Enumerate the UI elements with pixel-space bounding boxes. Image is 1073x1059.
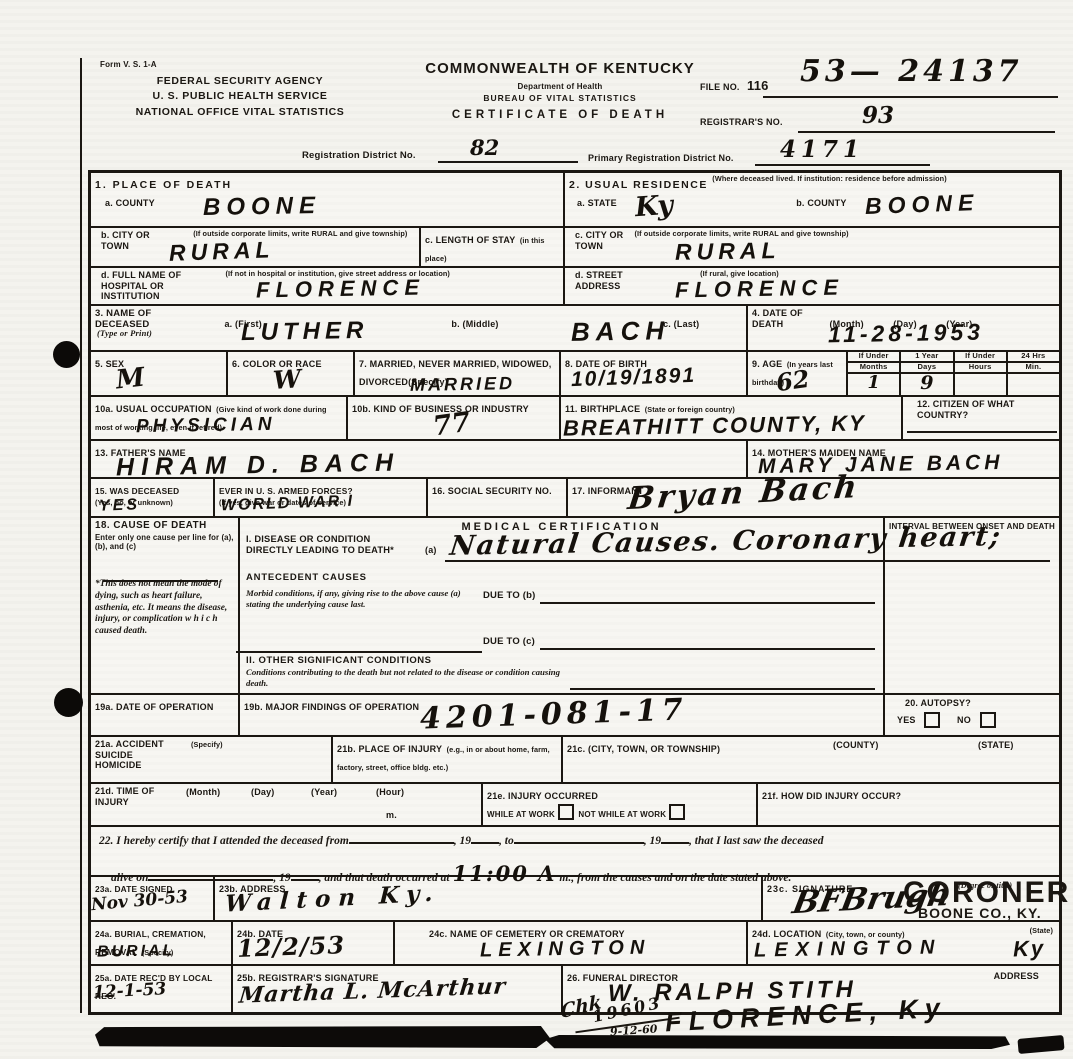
operation-date-label: 19a. DATE OF OPERATION (95, 702, 214, 712)
field-burial-date: 24b. DATE 12/2/53 (233, 922, 395, 964)
while-at-work-label: WHILE AT WORK (487, 810, 555, 819)
cause-note1: Enter only one cause per line for (a), (… (95, 534, 234, 552)
registrar-no-line (798, 131, 1055, 133)
injury-month-label: (Month) (186, 787, 220, 798)
primary-district-value: 4171 (780, 136, 864, 163)
citizen-label: 12. CITIZEN OF WHAT COUNTRY? (917, 399, 1027, 420)
residence-street-label: d. STREET ADDRESS (575, 270, 635, 291)
field-death-city: b. CITY OR TOWN (If outside corporate li… (91, 228, 421, 266)
certify-p3: , to (499, 835, 514, 847)
form-number: Form V. S. 1-A (100, 60, 157, 69)
cause-divider (103, 580, 218, 582)
burial-location-state-note: (State) (1030, 927, 1053, 935)
field-birthplace: 11. BIRTHPLACE (State or foreign country… (561, 397, 903, 439)
section-place-of-death: 1. PLACE OF DEATH a. COUNTY BOONE b. CIT… (91, 173, 565, 304)
occupation-value: PHYSICIAN (136, 414, 276, 438)
birthplace-value: BREATHITT COUNTY, KY (563, 410, 866, 441)
field-was-deceased: 15. WAS DECEASED (Yes, no, or unknown) Y… (91, 479, 215, 516)
field-residence-street: d. STREET ADDRESS (If rural, give locati… (565, 268, 1059, 304)
institution-value: FLORENCE (256, 275, 425, 304)
row-place-residence: 1. PLACE OF DEATH a. COUNTY BOONE b. CIT… (91, 173, 1059, 306)
field-industry: 10b. KIND OF BUSINESS OR INDUSTRY 77 (348, 397, 561, 439)
file-no-line (763, 96, 1058, 98)
injury-state-label: (STATE) (978, 740, 1014, 751)
burial-location-label: 24d. LOCATION (752, 929, 821, 939)
residence-city-value: RURAL (675, 237, 781, 266)
residence-county-label: b. COUNTY (796, 198, 846, 208)
death-county-value: BOONE (203, 192, 321, 222)
field-color-race: 6. COLOR OR RACE W (228, 352, 355, 395)
sex-value: M (115, 363, 147, 396)
autopsy-yes-checkbox (924, 712, 940, 728)
file-no-print: 116 (747, 78, 769, 93)
certify-statement: 22. I hereby certify that I attended the… (91, 827, 1059, 875)
disease-label-2: DIRECTLY LEADING TO DEATH* (246, 545, 394, 556)
field-ssn: 16. SOCIAL SECURITY NO. (428, 479, 568, 516)
punch-hole (54, 688, 83, 717)
dod-value: 11-28-1953 (828, 319, 984, 349)
death-city-value: RURAL (169, 236, 275, 267)
certify-blank-yr1 (471, 842, 499, 844)
dept-line: Department of Health (380, 82, 740, 91)
accident-note: (Specify) (191, 741, 223, 749)
cause-note2: *This does not mean the mode of dying, s… (95, 579, 234, 637)
residence-state-value: Ky (634, 190, 674, 224)
row-medical-certification: 18. CAUSE OF DEATH Enter only one cause … (91, 518, 1059, 695)
field-length-of-stay: c. LENGTH OF STAY (in this place) (421, 228, 563, 266)
file-no-label: FILE NO. (700, 82, 740, 93)
dob-value: 10/19/1891 (571, 364, 697, 392)
autopsy-no-checkbox (980, 712, 996, 728)
funeral-address-label: ADDRESS (994, 971, 1039, 982)
due-to-c-line (540, 648, 875, 650)
autopsy-label: 20. AUTOPSY? (905, 698, 971, 709)
scan-artifact-mark (1017, 1035, 1064, 1054)
death-city-note: (If outside corporate limits, write RURA… (157, 230, 407, 238)
not-while-at-work-checkbox (669, 804, 685, 820)
field-occupation: 10a. USUAL OCCUPATION (Give kind of work… (91, 397, 348, 439)
registrar-no-value: 93 (862, 102, 894, 129)
agency-line: U. S. PUBLIC HEALTH SERVICE (95, 90, 385, 102)
other-conditions-divider (236, 651, 482, 653)
morbid-note: Morbid conditions, if any, giving rise t… (246, 588, 471, 610)
reg-district-value: 82 (470, 135, 499, 160)
date-received-value: 12-1-53 (93, 979, 167, 1003)
certify-blank-to (514, 842, 644, 844)
name-first-value: LUTHER (241, 317, 369, 347)
disease-label-1: I. DISEASE OR CONDITION (246, 534, 370, 545)
place-of-death-title: 1. PLACE OF DEATH (95, 179, 232, 191)
field-injury-location: 21c. (CITY, TOWN, OR TOWNSHIP) (COUNTY) … (563, 737, 1059, 782)
injury-hour-label: (Hour) (376, 787, 404, 798)
while-at-work-checkbox (558, 804, 574, 820)
how-injury-label: 21f. HOW DID INJURY OCCUR? (762, 791, 901, 801)
field-sex: 5. SEX M (91, 352, 228, 395)
scan-artifact-bar (95, 1026, 550, 1048)
birthplace-label: 11. BIRTHPLACE (565, 404, 640, 414)
disease-a-tag: (a) (425, 545, 437, 556)
field-date-of-death: 4. DATE OF DEATH (Month) (Day) (Year) 11… (748, 306, 1059, 350)
death-county-label: a. COUNTY (105, 198, 155, 208)
age-col-hours: If Under Hours (955, 352, 1008, 395)
field-date-of-operation: 19a. DATE OF OPERATION (91, 695, 240, 735)
binding-edge-rule (80, 58, 82, 1013)
field-date-signed: 23a. DATE SIGNED Nov 30-53 (91, 877, 215, 920)
autopsy-no-label: NO (957, 715, 971, 726)
citizen-blank-line (907, 431, 1057, 433)
injury-year-label: (Year) (311, 787, 337, 798)
burial-location-value: LEXINGTON (754, 936, 943, 962)
field-accident-suicide: 21a. ACCIDENT SUICIDE HOMICIDE (Specify) (91, 737, 333, 782)
was-deceased-value: YES (99, 496, 141, 515)
field-citizen: 12. CITIZEN OF WHAT COUNTRY? (903, 397, 1059, 439)
bureau-line: BUREAU OF VITAL STATISTICS (380, 93, 740, 103)
certificate-form: 1. PLACE OF DEATH a. COUNTY BOONE b. CIT… (88, 170, 1062, 1015)
field-name-of-deceased: 3. NAME OF DECEASED a. (First) b. (Middl… (91, 306, 748, 350)
operation-findings-value: 4201-081-17 (419, 692, 688, 736)
father-value: HIRAM D. BACH (116, 449, 401, 483)
row-injury-2: 21d. TIME OF INJURY (Month) (Day) (Year)… (91, 784, 1059, 827)
age-c3: Hours (955, 363, 1006, 374)
name-last-value: BACH (571, 315, 671, 348)
row-burial: 24a. BURIAL, CREMATION, REMOVAL (Specify… (91, 922, 1059, 966)
residence-city-note: (If outside corporate limits, write RURA… (634, 230, 964, 238)
field-age: 9. AGE (In years last birthday) 62 (748, 352, 848, 395)
field-residence-city: c. CITY OR TOWN (If outside corporate li… (565, 228, 1059, 268)
cemetery-value: LEXINGTON (480, 937, 651, 963)
agency-block: FEDERAL SECURITY AGENCY U. S. PUBLIC HEA… (95, 75, 385, 118)
certify-blank-from (349, 842, 454, 844)
marital-value: MARRIED (410, 373, 515, 396)
row-certify-statement: 22. I hereby certify that I attended the… (91, 827, 1059, 877)
usual-residence-note: (Where deceased lived. If institution: r… (712, 175, 967, 183)
field-burial-location: 24d. LOCATION (City, town, or county) (S… (748, 922, 1059, 964)
accident-label: 21a. ACCIDENT SUICIDE HOMICIDE (95, 739, 180, 771)
burial-type-value: BURIAL (97, 942, 176, 961)
due-to-b-line (540, 602, 875, 604)
primary-district-label: Primary Registration District No. (588, 153, 734, 164)
row-signature: 23a. DATE SIGNED Nov 30-53 23b. ADDRESS … (91, 877, 1059, 922)
color-race-value: W (272, 364, 302, 395)
section-usual-residence: 2. USUAL RESIDENCE (Where deceased lived… (565, 173, 1059, 304)
reg-district-label: Registration District No. (302, 150, 416, 161)
age-c4: Min. (1008, 363, 1059, 374)
operation-findings-label: 19b. MAJOR FINDINGS OF OPERATION (244, 702, 419, 712)
autopsy-yes-label: YES (897, 715, 916, 726)
name-middle-label: b. (Middle) (451, 319, 498, 329)
due-to-b-label: DUE TO (b) (483, 590, 536, 601)
age-value: 62 (774, 364, 811, 397)
field-signature: 23c. SIGNATURE (Degree or title) BFBrugh… (763, 877, 1059, 920)
age-months-value: 1 (848, 374, 899, 392)
name-sub-note: (Type or Print) (97, 328, 152, 338)
other-conditions-line (570, 688, 875, 690)
injury-time-label: 21d. TIME OF INJURY (95, 786, 155, 807)
field-marital-status: 7. MARRIED, NEVER MARRIED, WIDOWED, DIVO… (355, 352, 561, 395)
row-sex-age: 5. SEX M 6. COLOR OR RACE W 7. MARRIED, … (91, 352, 1059, 397)
certify-p4: , 19 (644, 835, 661, 847)
injury-county-label: (COUNTY) (833, 740, 879, 751)
scanned-certificate-page: Form V. S. 1-A FEDERAL SECURITY AGENCY U… (0, 0, 1073, 1059)
certify-p1: 22. I hereby certify that I attended the… (99, 835, 349, 847)
age-under-grid: If Under Months 1 1 Year Days 9 If Under… (848, 352, 1059, 395)
field-informant: 17. INFORMANT Bryan Bach (568, 479, 1059, 516)
agency-line: NATIONAL OFFICE VITAL STATISTICS (95, 106, 385, 118)
certificate-title: CERTIFICATE OF DEATH (380, 109, 740, 123)
subrow-residence-state-county: 2. USUAL RESIDENCE (Where deceased lived… (565, 173, 1059, 228)
due-to-c-label: DUE TO (c) (483, 636, 535, 647)
ssn-label: 16. SOCIAL SECURITY NO. (432, 486, 552, 496)
certify-p2: , 19 (454, 835, 471, 847)
armed-forces-value: WORLD WAR I (221, 493, 355, 516)
coroner-stamp-line2: BOONE CO., KY. (918, 905, 1042, 922)
age-col-min: 24 Hrs Min. (1008, 352, 1059, 395)
field-date-of-birth: 8. DATE OF BIRTH 10/19/1891 (561, 352, 748, 395)
field-institution: d. FULL NAME OF HOSPITAL OR INSTITUTION … (91, 268, 563, 304)
row-parents: 13. FATHER'S NAME HIRAM D. BACH 14. MOTH… (91, 441, 1059, 479)
field-how-injury-occurred: 21f. HOW DID INJURY OCCUR? (758, 784, 1059, 825)
title-block: COMMONWEALTH OF KENTUCKY Department of H… (380, 60, 740, 123)
not-while-at-work-label: NOT WHILE AT WORK (578, 810, 666, 819)
usual-residence-title: 2. USUAL RESIDENCE (569, 179, 708, 191)
reg-district-line (438, 161, 578, 163)
industry-value: 77 (431, 407, 473, 443)
age-days-value: 9 (901, 374, 952, 393)
injury-day-label: (Day) (251, 787, 275, 798)
section-medical-cert: MEDICAL CERTIFICATION I. DISEASE OR COND… (240, 518, 885, 693)
row-injury-1: 21a. ACCIDENT SUICIDE HOMICIDE (Specify)… (91, 737, 1059, 784)
field-registrar-signature: 25b. REGISTRAR'S SIGNATURE Martha L. McA… (233, 966, 563, 1012)
age-col-months: If Under Months 1 (848, 352, 901, 395)
field-autopsy: 20. AUTOPSY? YES NO (885, 695, 1059, 735)
residence-state-label: a. STATE (577, 198, 617, 208)
field-date-received: 25a. DATE REC'D BY LOCAL REG. 12-1-53 (91, 966, 233, 1012)
row-forces-informant: 15. WAS DECEASED (Yes, no, or unknown) Y… (91, 479, 1059, 518)
other-conditions-title: II. OTHER SIGNIFICANT CONDITIONS (246, 655, 431, 666)
field-operation-findings: 19b. MAJOR FINDINGS OF OPERATION 4201-08… (240, 695, 885, 735)
other-conditions-note: Conditions contributing to the death but… (246, 667, 566, 689)
punch-hole (53, 341, 80, 368)
commonwealth-title: COMMONWEALTH OF KENTUCKY (380, 60, 740, 78)
certify-blank-yr2 (661, 842, 689, 844)
row-occupation: 10a. USUAL OCCUPATION (Give kind of work… (91, 397, 1059, 441)
burial-date-value: 12/2/53 (237, 930, 346, 963)
field-death-county: 1. PLACE OF DEATH a. COUNTY BOONE (91, 173, 563, 228)
field-cemetery-name: 24c. NAME OF CEMETERY OR CREMATORY LEXIN… (395, 922, 748, 964)
field-burial-type: 24a. BURIAL, CREMATION, REMOVAL (Specify… (91, 922, 233, 964)
residence-street-value: FLORENCE (675, 275, 844, 304)
section-cause-of-death-col: 18. CAUSE OF DEATH Enter only one cause … (91, 518, 240, 693)
row-name-dod: 3. NAME OF DECEASED a. (First) b. (Middl… (91, 306, 1059, 352)
residence-county-value: BOONE (865, 189, 980, 220)
row-operation: 19a. DATE OF OPERATION 19b. MAJOR FINDIN… (91, 695, 1059, 737)
field-father-name: 13. FATHER'S NAME HIRAM D. BACH (91, 441, 748, 477)
was-deceased-label: 15. WAS DECEASED (95, 486, 179, 496)
certify-p5: , that I last saw the deceased (689, 835, 824, 847)
registrar-no-label: REGISTRAR'S NO. (700, 117, 783, 128)
length-of-stay-label: c. LENGTH OF STAY (425, 235, 515, 245)
place-injury-label: 21b. PLACE OF INJURY (337, 744, 442, 754)
subrow-city-stay: b. CITY OR TOWN (If outside corporate li… (91, 228, 563, 268)
injury-m-label: m. (386, 810, 397, 821)
occupation-label: 10a. USUAL OCCUPATION (95, 404, 212, 414)
dod-label: 4. DATE OF DEATH (752, 308, 807, 329)
institution-label: d. FULL NAME OF HOSPITAL OR INSTITUTION (101, 270, 221, 302)
antecedent-title: ANTECEDENT CAUSES (246, 572, 367, 583)
residence-city-label: c. CITY OR TOWN (575, 230, 630, 251)
injury-occurred-label: 21e. INJURY OCCURRED (487, 791, 598, 801)
file-no-value: 53— 24137 (800, 54, 1023, 89)
burial-location-state-value: Ky (1013, 935, 1046, 962)
age-col-days: 1 Year Days 9 (901, 352, 954, 395)
field-armed-forces: EVER IN U. S. ARMED FORCES? (If yes, giv… (215, 479, 428, 516)
field-time-of-injury: 21d. TIME OF INJURY (Month) (Day) (Year)… (91, 784, 483, 825)
injury-city-label: 21c. (CITY, TOWN, OR TOWNSHIP) (567, 744, 720, 754)
death-city-label: b. CITY OR TOWN (101, 230, 153, 251)
field-injury-occurred: 21e. INJURY OCCURRED WHILE AT WORK NOT W… (483, 784, 758, 825)
field-signer-address: 23b. ADDRESS Walton Ky. (215, 877, 763, 920)
agency-line: FEDERAL SECURITY AGENCY (95, 75, 385, 87)
cause-title: 18. CAUSE OF DEATH (95, 520, 234, 532)
field-place-of-injury: 21b. PLACE OF INJURY (e.g., in or about … (333, 737, 563, 782)
primary-district-line (755, 164, 930, 166)
